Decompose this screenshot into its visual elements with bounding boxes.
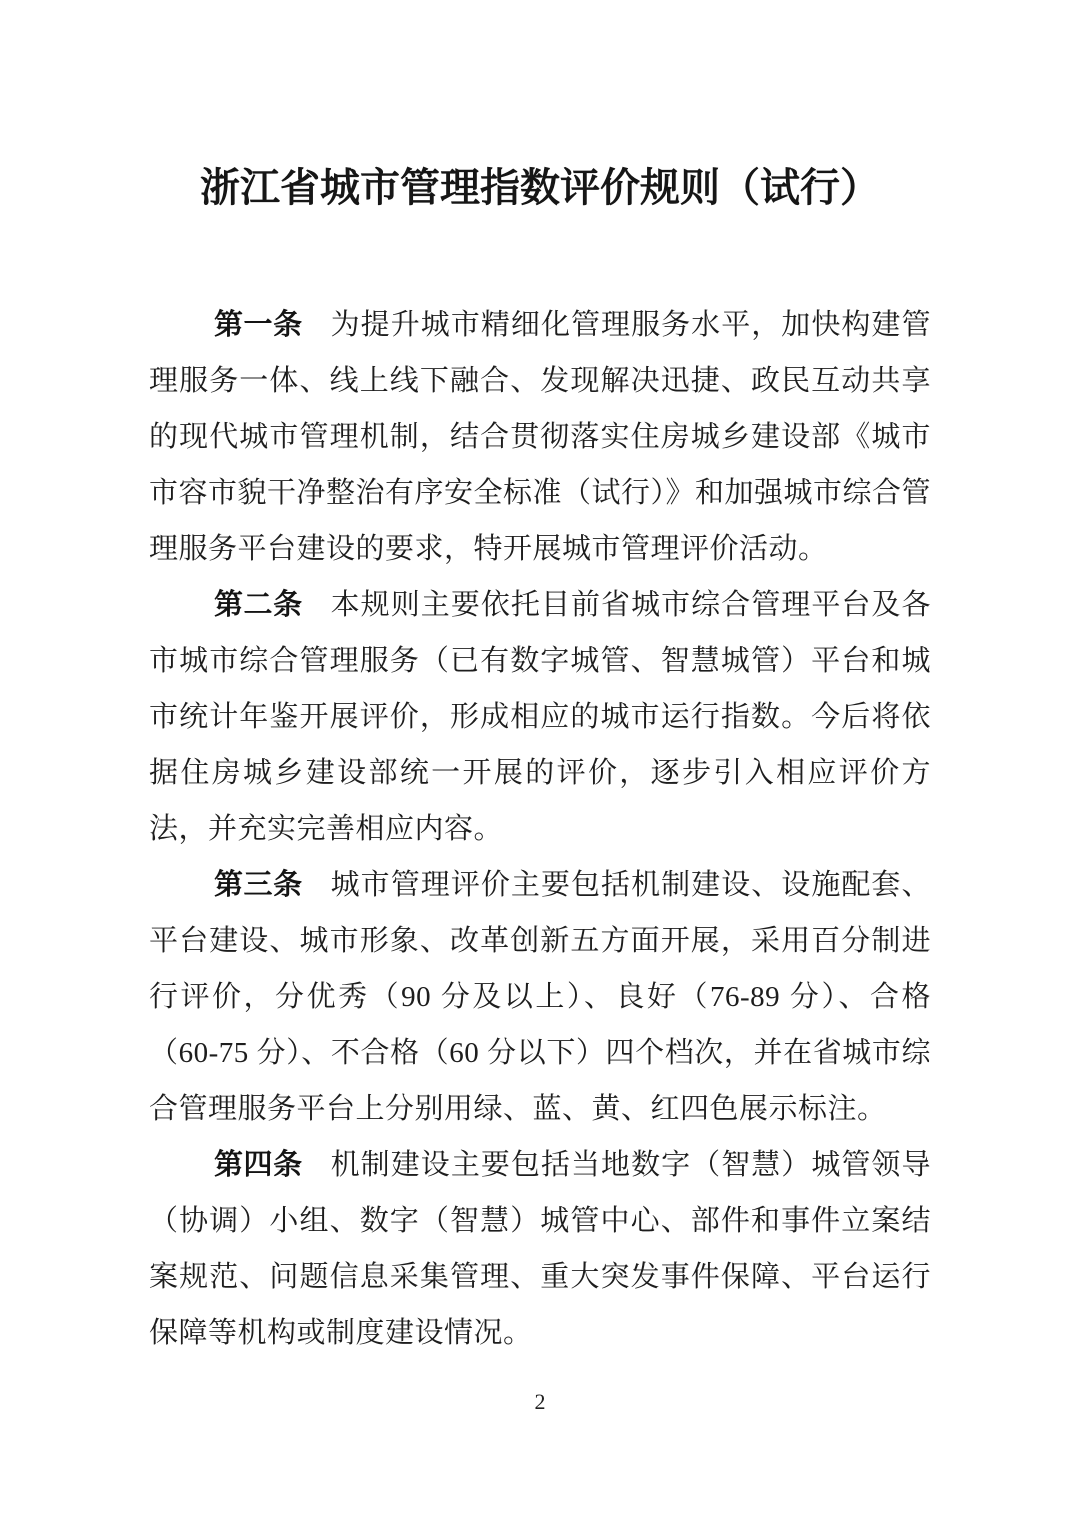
document-page: 浙江省城市管理指数评价规则（试行） 第一条为提升城市精细化管理服务水平，加快构建… xyxy=(0,0,1080,1527)
article-2-paragraph: 第二条本规则主要依托目前省城市综合管理平台及各市城市综合管理服务（已有数字城管、… xyxy=(149,577,931,857)
article-3-text: 城市管理评价主要包括机制建设、设施配套、平台建设、城市形象、改革创新五方面开展，… xyxy=(149,869,931,1125)
article-2-text: 本规则主要依托目前省城市综合管理平台及各市城市综合管理服务（已有数字城管、智慧城… xyxy=(149,589,931,845)
article-4-label: 第四条 xyxy=(214,1149,303,1181)
article-4-paragraph: 第四条机制建设主要包括当地数字（智慧）城管领导（协调）小组、数字（智慧）城管中心… xyxy=(149,1137,931,1361)
article-1-paragraph: 第一条为提升城市精细化管理服务水平，加快构建管理服务一体、线上线下融合、发现解决… xyxy=(149,297,931,577)
document-title: 浙江省城市管理指数评价规则（试行） xyxy=(149,164,931,212)
document-content: 浙江省城市管理指数评价规则（试行） 第一条为提升城市精细化管理服务水平，加快构建… xyxy=(0,164,1080,1361)
article-1-label: 第一条 xyxy=(214,309,303,341)
article-1-text: 为提升城市精细化管理服务水平，加快构建管理服务一体、线上线下融合、发现解决迅捷、… xyxy=(149,309,931,565)
page-number: 2 xyxy=(0,1390,1080,1414)
document-body: 第一条为提升城市精细化管理服务水平，加快构建管理服务一体、线上线下融合、发现解决… xyxy=(149,297,931,1361)
article-3-label: 第三条 xyxy=(214,869,303,901)
article-2-label: 第二条 xyxy=(214,589,303,621)
article-3-paragraph: 第三条城市管理评价主要包括机制建设、设施配套、平台建设、城市形象、改革创新五方面… xyxy=(149,857,931,1137)
